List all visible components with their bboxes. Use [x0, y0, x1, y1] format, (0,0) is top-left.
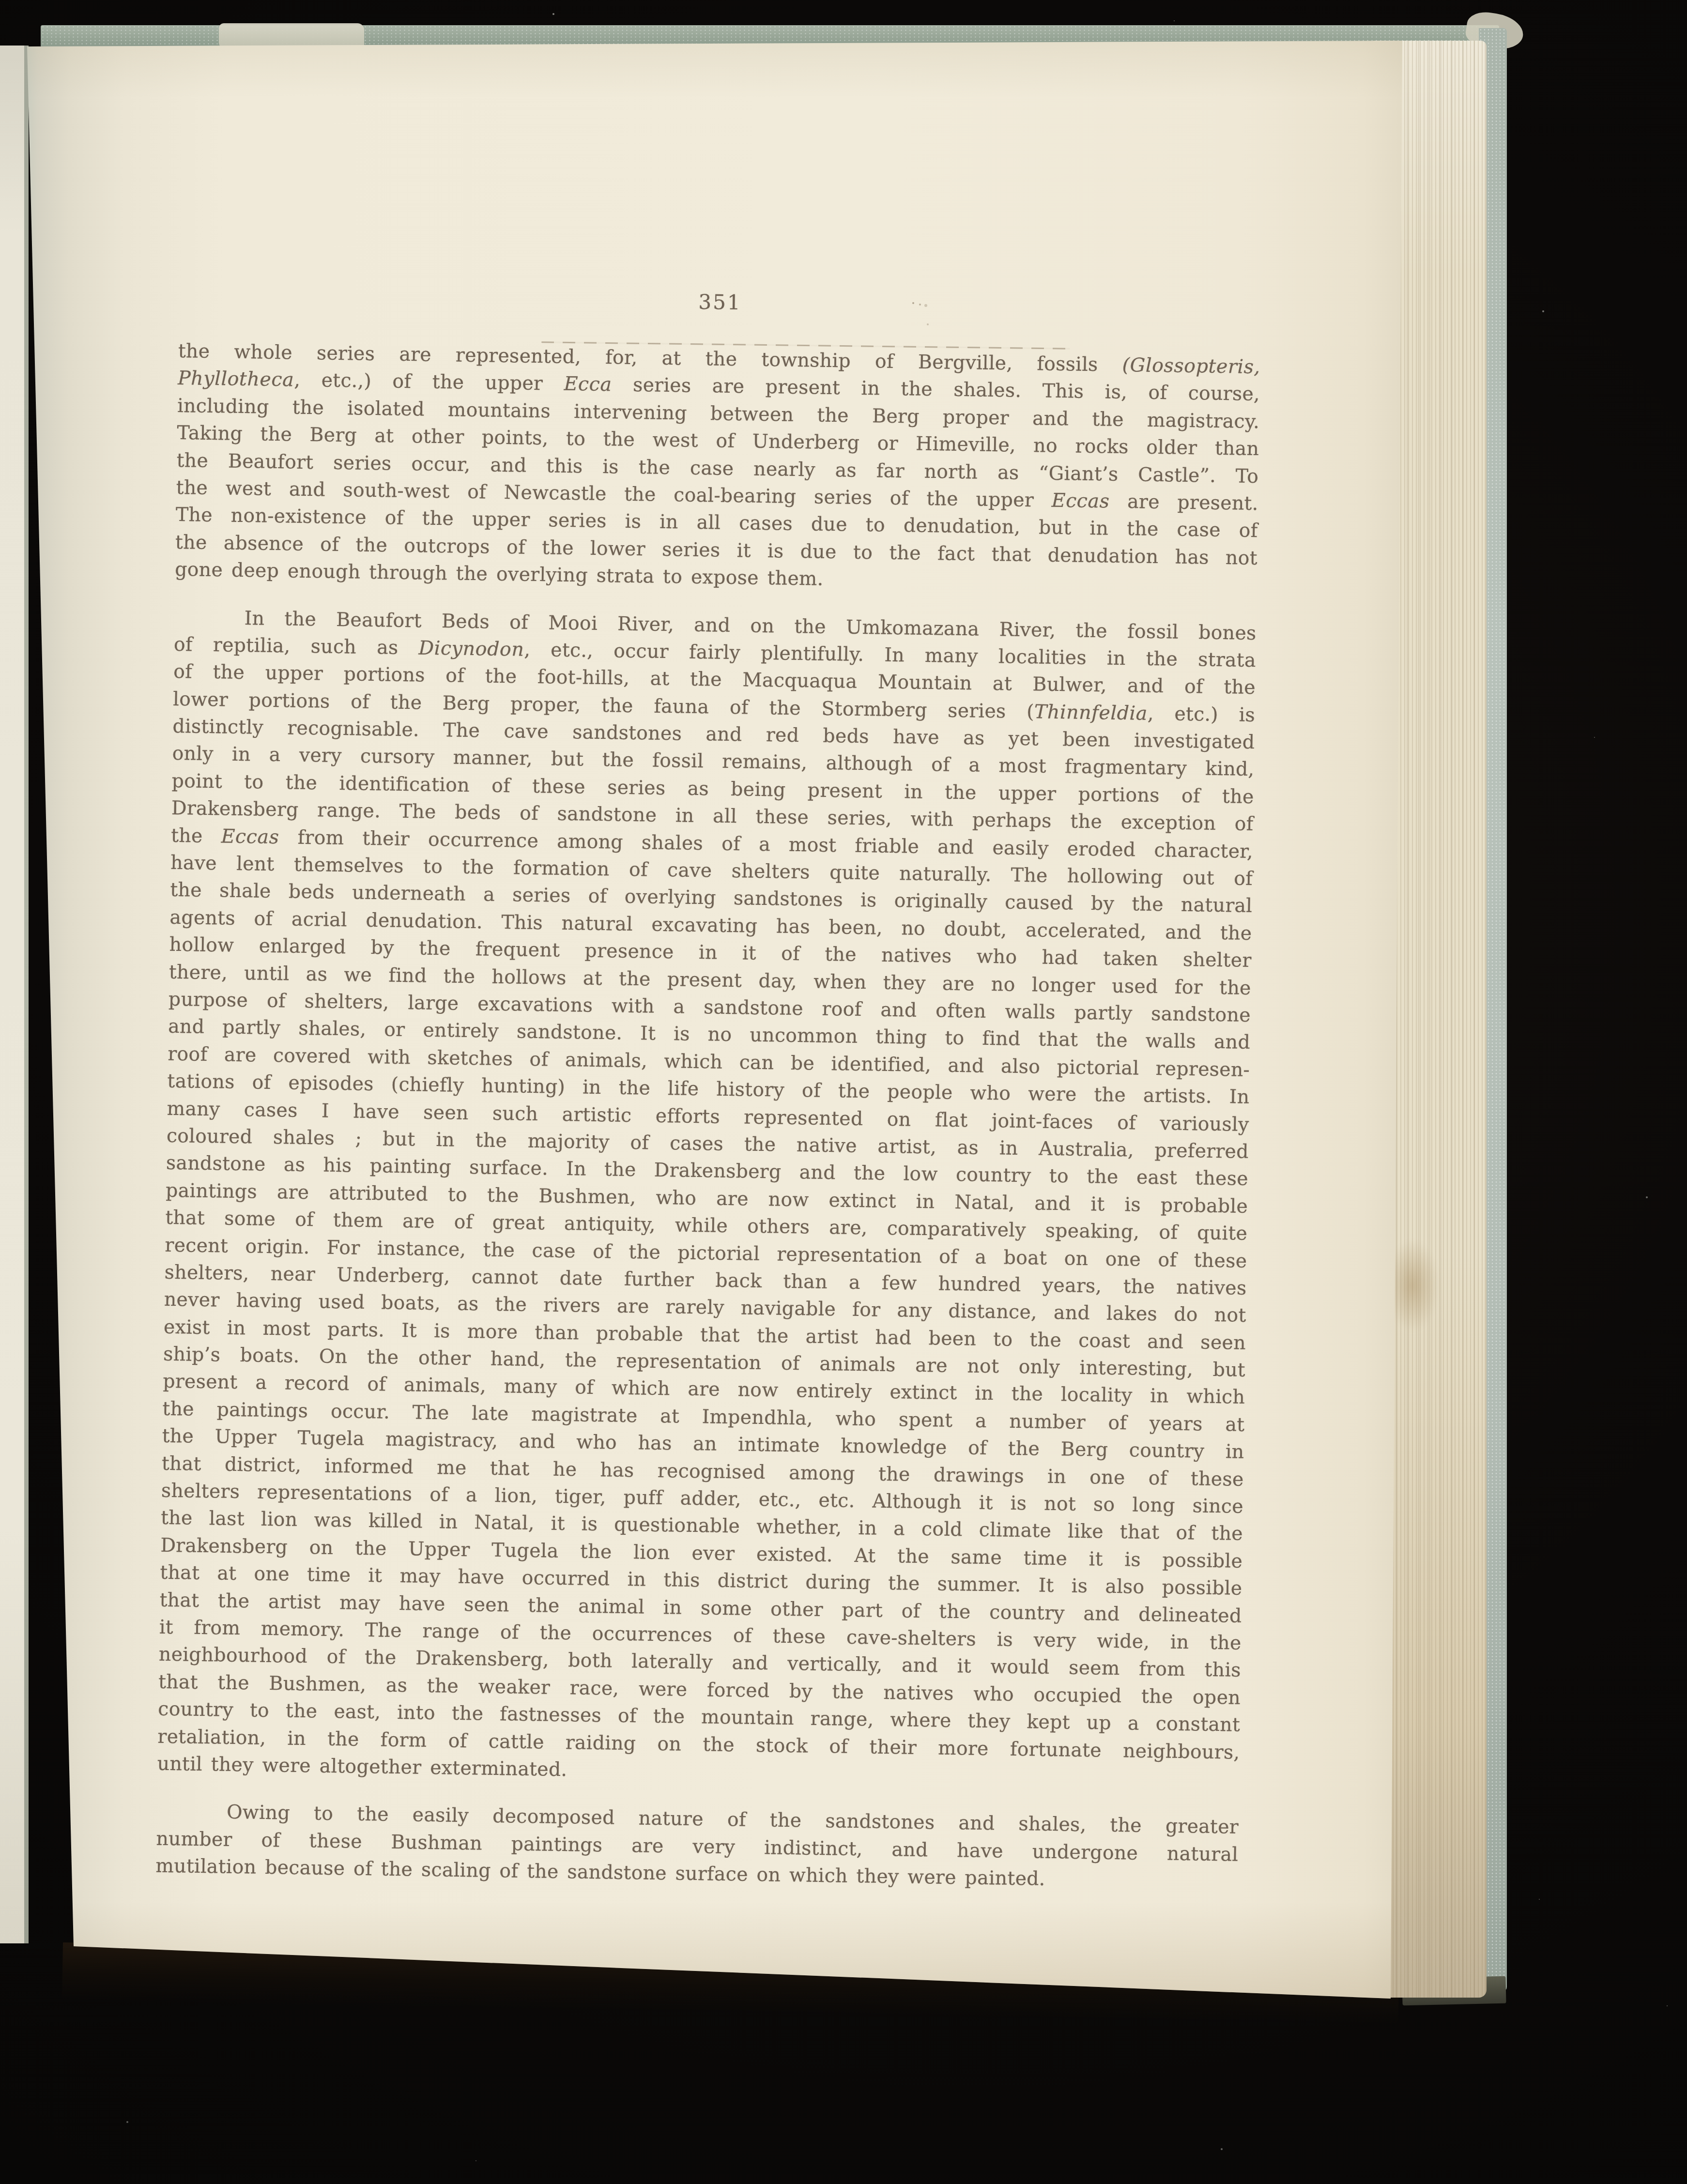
- cover-torn-notch: [219, 23, 364, 48]
- paragraph: Owing to the easily decomposed nature of…: [155, 1798, 1239, 1895]
- opposite-page-sliver: [0, 46, 25, 1943]
- ink-speck-marks: [912, 302, 914, 304]
- paragraph: In the Beaufort Beds of Mooi River, and …: [157, 603, 1257, 1793]
- dust-specks: [0, 0, 1, 1]
- text-block: the whole series are represented, for, a…: [155, 337, 1260, 1895]
- paragraph: the whole series are represented, for, a…: [175, 337, 1260, 599]
- printed-text-area: 351 the whole series are represented, fo…: [155, 283, 1261, 1895]
- gutter-crease: [24, 46, 29, 1943]
